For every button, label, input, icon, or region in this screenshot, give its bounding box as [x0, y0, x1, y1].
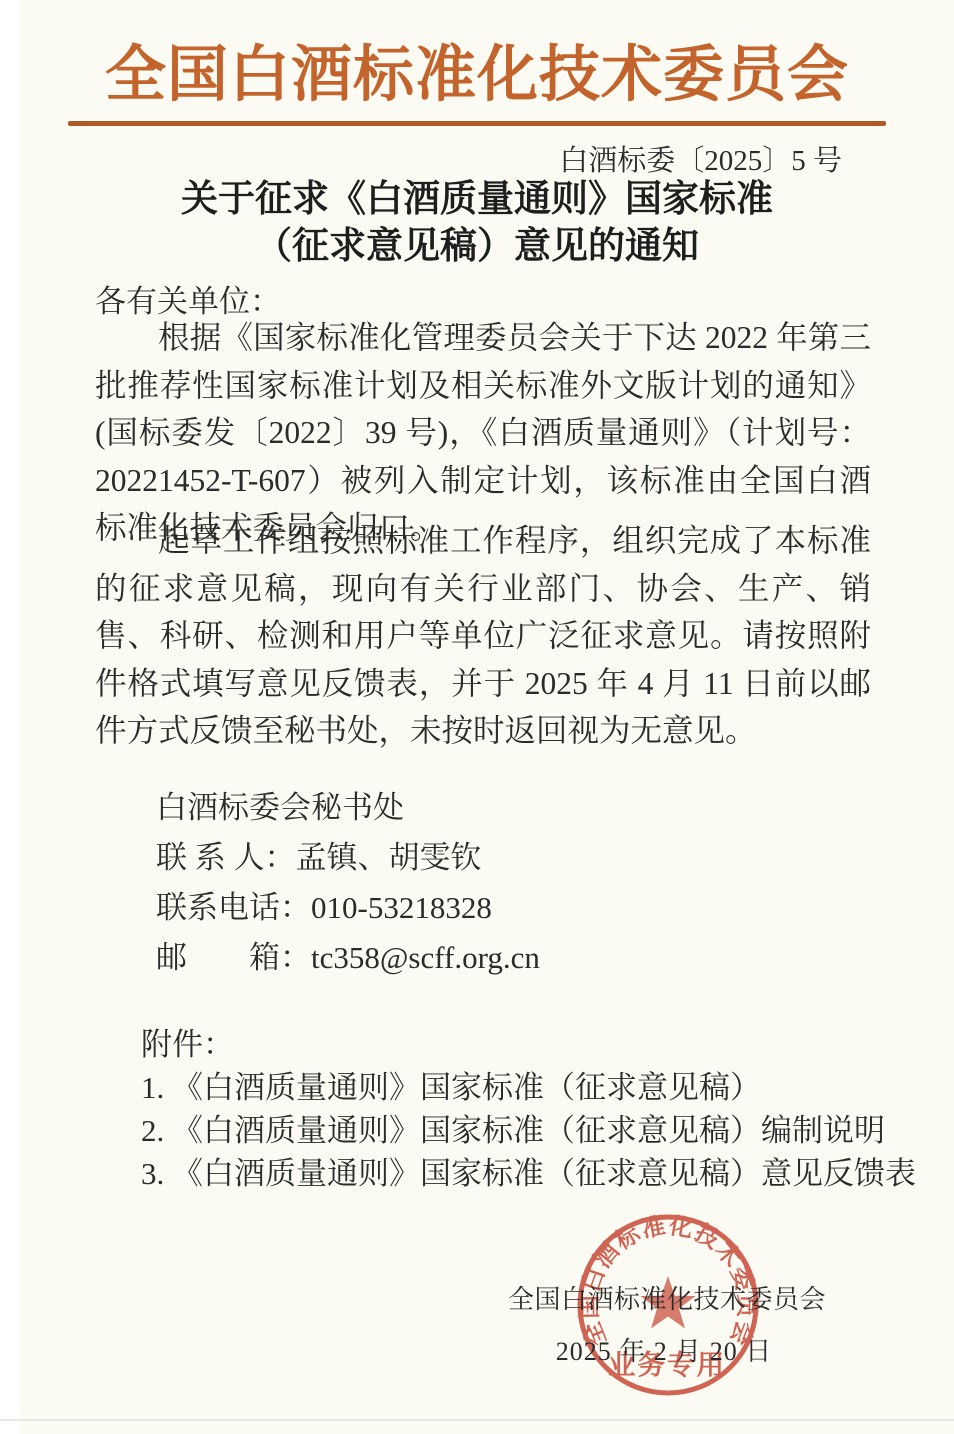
attachment-item-2: 2. 《白酒质量通则》国家标准（征求意见稿）编制说明: [141, 1109, 916, 1152]
official-document-page: 全国白酒标准化技术委员会 白酒标委〔2025〕5 号 关于征求《白酒质量通则》国…: [0, 0, 954, 1434]
signature-date: 2025 年 2 月 20 日: [556, 1331, 773, 1368]
contact-line-person: 联 系 人：孟镇、胡雯钦: [156, 833, 540, 883]
attachment-item-1: 1. 《白酒质量通则》国家标准（征求意见稿）: [141, 1066, 916, 1109]
attachment-item-3: 3. 《白酒质量通则》国家标准（征求意见稿）意见反馈表: [141, 1152, 916, 1195]
attachments-block: 附件： 1. 《白酒质量通则》国家标准（征求意见稿） 2. 《白酒质量通则》国家…: [141, 1023, 916, 1195]
contact-line-email: 邮 箱：tc358@scff.org.cn: [156, 933, 540, 983]
contact-block: 白酒标委会秘书处 联 系 人：孟镇、胡雯钦 联系电话：010-53218328 …: [156, 783, 540, 983]
notice-title: 关于征求《白酒质量通则》国家标准 （征求意见稿）意见的通知: [0, 176, 954, 270]
letterhead-org-name: 全国白酒标准化技术委员会: [0, 26, 954, 113]
signature-org-name: 全国白酒标准化技术委员会: [508, 1279, 826, 1316]
page-bottom-edge: [0, 1419, 954, 1421]
contact-line-secretariat: 白酒标委会秘书处: [156, 783, 540, 833]
body-paragraph-1: 根据《国家标准化管理委员会关于下达 2022 年第三批推荐性国家标准计划及相关标…: [95, 314, 871, 552]
notice-title-line2: （征求意见稿）意见的通知: [0, 223, 954, 270]
body-paragraph-2: 起草工作组按照标准工作程序，组织完成了本标准的征求意见稿，现向有关行业部门、协会…: [95, 517, 871, 755]
letterhead-rule: [68, 121, 886, 126]
contact-line-phone: 联系电话：010-53218328: [156, 883, 540, 933]
attachments-label: 附件：: [141, 1023, 916, 1066]
notice-title-line1: 关于征求《白酒质量通则》国家标准: [0, 176, 954, 223]
doc-number: 白酒标委〔2025〕5 号: [559, 138, 842, 179]
